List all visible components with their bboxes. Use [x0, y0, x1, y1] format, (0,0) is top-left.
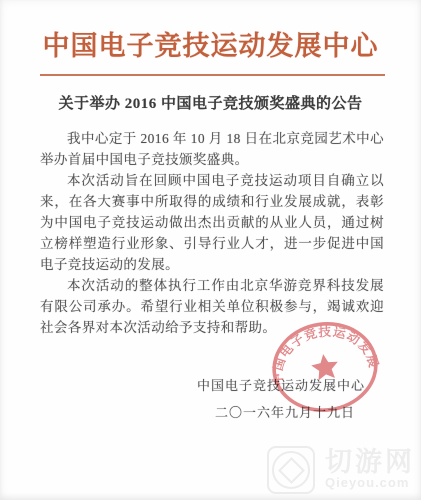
- announcement-body: 我中心定于 2016 年 10 月 18 日在北京竞园艺术中心举办首届中国电子竞…: [40, 128, 384, 338]
- site-watermark: 切游网 Qieyou.com: [267, 446, 415, 494]
- paragraph-1: 我中心定于 2016 年 10 月 18 日在北京竞园艺术中心举办首届中国电子竞…: [40, 128, 384, 170]
- official-seal-stamp: 中国电子竞技运动发展中心: [268, 318, 382, 416]
- announcement-document: 中国电子竞技运动发展中心 关于举办 2016 中国电子竞技颁奖盛典的公告 我中心…: [0, 0, 421, 500]
- org-title: 中国电子竞技运动发展中心: [18, 24, 403, 63]
- seal-arc-text: 中国电子竞技运动发展中心: [268, 318, 382, 388]
- watermark-site-domain: Qieyou.com: [325, 475, 415, 491]
- watermark-site-name: 切游网: [325, 449, 415, 475]
- svg-text:中国电子竞技运动发展中心: 中国电子竞技运动发展中心: [268, 318, 382, 388]
- qieyou-logo-icon: [267, 446, 315, 494]
- paragraph-2: 本次活动旨在回顾中国电子竞技运动项目自确立以来，在各大赛事中所取得的成绩和行业发…: [40, 170, 384, 275]
- seal-star-icon: [310, 352, 340, 381]
- red-divider-line: [40, 74, 385, 76]
- announcement-subject: 关于举办 2016 中国电子竞技颁奖盛典的公告: [20, 92, 401, 113]
